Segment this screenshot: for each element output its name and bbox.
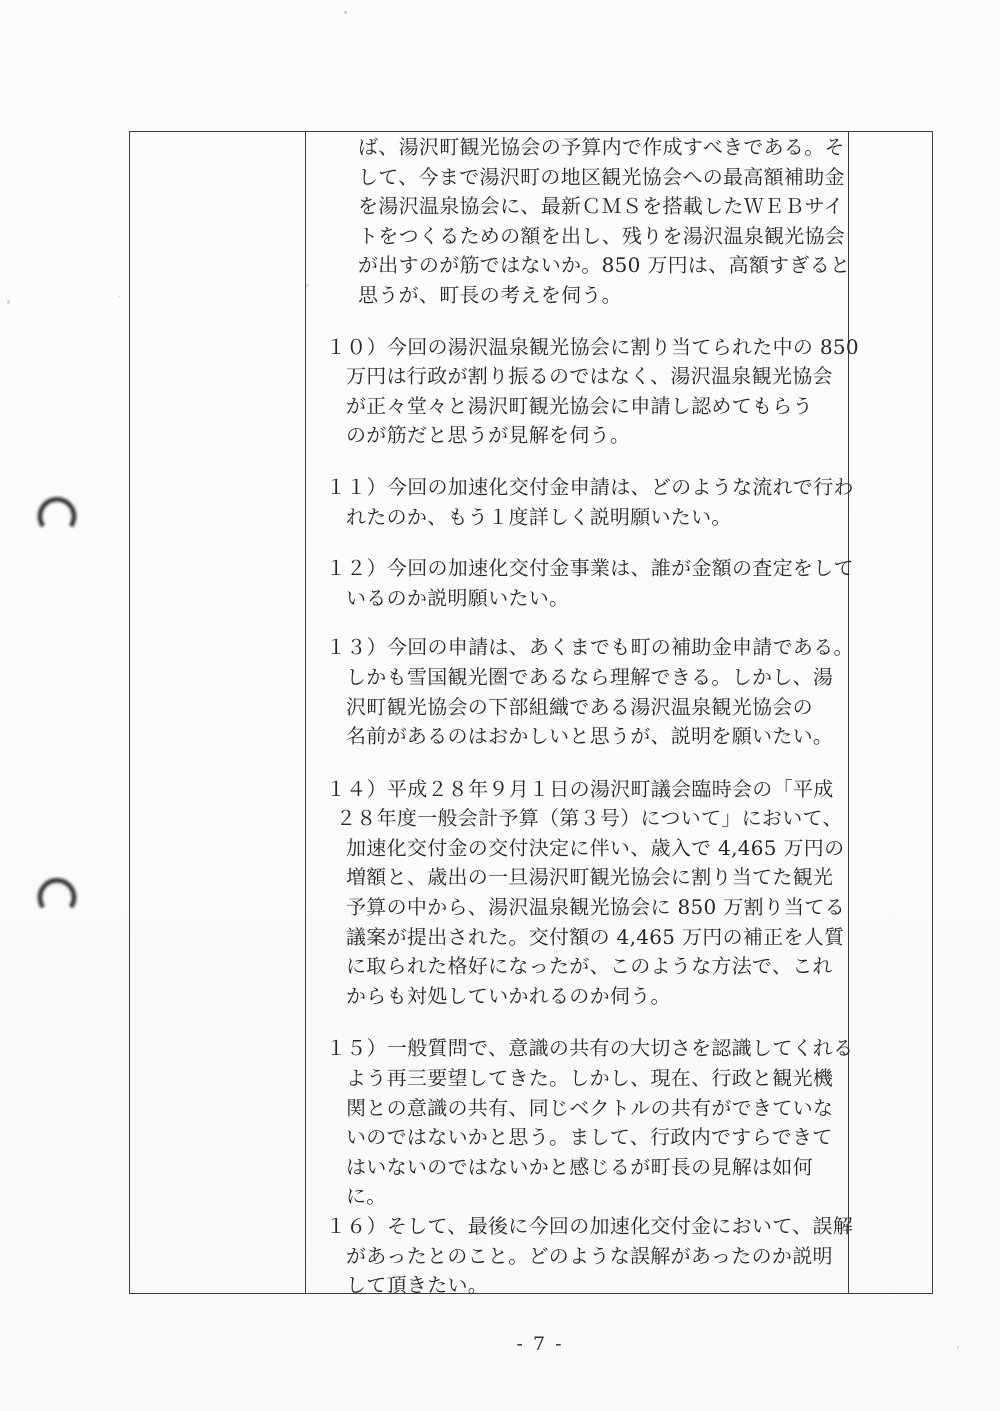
text-line: 議案が提出された。交付額の 4,465 万円の補正を人質: [346, 923, 848, 953]
text-line: して頂きたい。: [346, 1271, 848, 1301]
text-line: のが筋だと思うが見解を伺う。: [346, 421, 848, 451]
text-line: して、今まで湯沢町の地区観光協会への最高額補助金: [358, 163, 848, 193]
text-line: １５）一般質問で、意識の共有の大切さを認識してくれる: [326, 1034, 848, 1064]
question-item-10: １０）今回の湯沢温泉観光協会に割り当てられた中の 850 万円は行政が割り振るの…: [306, 333, 848, 451]
page-number: - 7 -: [490, 1333, 590, 1355]
text-line: 名前があるのはおかしいと思うが、説明を願いたい。: [346, 722, 848, 752]
table-left-column: [130, 132, 306, 1293]
text-line: はいないのではないかと感じるが町長の見解は如何: [346, 1153, 848, 1183]
text-line: １３）今回の申請は、あくまでも町の補助金申請である。: [326, 633, 848, 663]
text-line: を湯沢温泉協会に、最新ＣＭＳを搭載したＷＥＢサイ: [358, 192, 848, 222]
questions-column: ば、湯沢町観光協会の予算内で作成すべきである。そ して、今まで湯沢町の地区観光協…: [306, 132, 849, 1293]
text-line: 関との意識の共有、同じベクトルの共有ができていな: [346, 1094, 848, 1124]
text-line: に。: [346, 1182, 848, 1212]
text-line: れたのか、もう１度詳しく説明願いたい。: [346, 503, 848, 533]
text-line: が出すのが筋ではないか。850 万円は、高額すぎると: [358, 251, 848, 281]
text-line: ば、湯沢町観光協会の予算内で作成すべきである。そ: [358, 133, 848, 163]
text-line: １０）今回の湯沢温泉観光協会に割り当てられた中の 850: [326, 333, 848, 363]
text-line: １６）そして、最後に今回の加速化交付金において、誤解: [326, 1212, 848, 1242]
text-line: １２）今回の加速化交付金事業は、誰が金額の査定をして: [326, 554, 848, 584]
text-line: 思うが、町長の考えを伺う。: [358, 281, 848, 311]
question-item-11: １１）今回の加速化交付金申請は、どのような流れで行わ れたのか、もう１度詳しく説…: [306, 473, 848, 532]
question-item-12: １２）今回の加速化交付金事業は、誰が金額の査定をして いるのか説明願いたい。: [306, 554, 848, 613]
text-line: トをつくるための額を出し、残りを湯沢温泉観光協会: [358, 222, 848, 252]
text-line: に取られた格好になったが、このような方法で、これ: [346, 952, 848, 982]
text-line: １４）平成２８年９月１日の湯沢町議会臨時会の「平成: [326, 775, 848, 805]
question-item-14: １４）平成２８年９月１日の湯沢町議会臨時会の「平成 ２８年度一般会計予算（第３号…: [306, 775, 848, 1012]
scan-speck: [957, 1346, 959, 1349]
text-line: 沢町観光協会の下部組織である湯沢温泉観光協会の: [346, 693, 848, 723]
text-line: しかも雪国観光圏であるなら理解できる。しかし、湯: [346, 663, 848, 693]
carryover-paragraph: ば、湯沢町観光協会の予算内で作成すべきである。そ して、今まで湯沢町の地区観光協…: [306, 133, 848, 311]
scanned-document-page: ば、湯沢町観光協会の予算内で作成すべきである。そ して、今まで湯沢町の地区観光協…: [0, 0, 1000, 1411]
hole-punch-mark: [33, 495, 81, 535]
scan-speck: [7, 300, 10, 304]
text-line: いるのか説明願いたい。: [346, 584, 848, 614]
question-item-15: １５）一般質問で、意識の共有の大切さを認識してくれる よう再三要望してきた。しか…: [306, 1034, 848, 1212]
text-line: 万円は行政が割り振るのではなく、湯沢温泉観光協会: [346, 362, 848, 392]
text-line: いのではないかと思う。まして、行政内ですらできて: [346, 1123, 848, 1153]
table-right-column: [849, 132, 932, 1293]
text-line: があったとのこと。どのような誤解があったのか説明: [346, 1242, 848, 1272]
text-line: が正々堂々と湯沢町観光協会に申請し認めてもらう: [346, 392, 848, 422]
document-table: ば、湯沢町観光協会の予算内で作成すべきである。そ して、今まで湯沢町の地区観光協…: [129, 131, 933, 1294]
text-line: からも対処していかれるのか伺う。: [346, 982, 848, 1012]
scan-speck: [118, 296, 120, 298]
text-line: よう再三要望してきた。しかし、現在、行政と観光機: [346, 1064, 848, 1094]
hole-punch-mark: [33, 876, 81, 916]
text-line: ２８年度一般会計予算（第３号）について」において、: [336, 804, 848, 834]
text-line: 加速化交付金の交付決定に伴い、歳入で 4,465 万円の: [346, 834, 848, 864]
scan-speck: [344, 11, 347, 14]
question-item-13: １３）今回の申請は、あくまでも町の補助金申請である。 しかも雪国観光圏であるなら…: [306, 633, 848, 751]
text-line: 予算の中から、湯沢温泉観光協会に 850 万割り当てる: [346, 893, 848, 923]
text-line: １１）今回の加速化交付金申請は、どのような流れで行わ: [326, 473, 848, 503]
text-line: 増額と、歳出の一旦湯沢町観光協会に割り当てた観光: [346, 863, 848, 893]
question-item-16: １６）そして、最後に今回の加速化交付金において、誤解 があったとのこと。どのよう…: [306, 1212, 848, 1301]
